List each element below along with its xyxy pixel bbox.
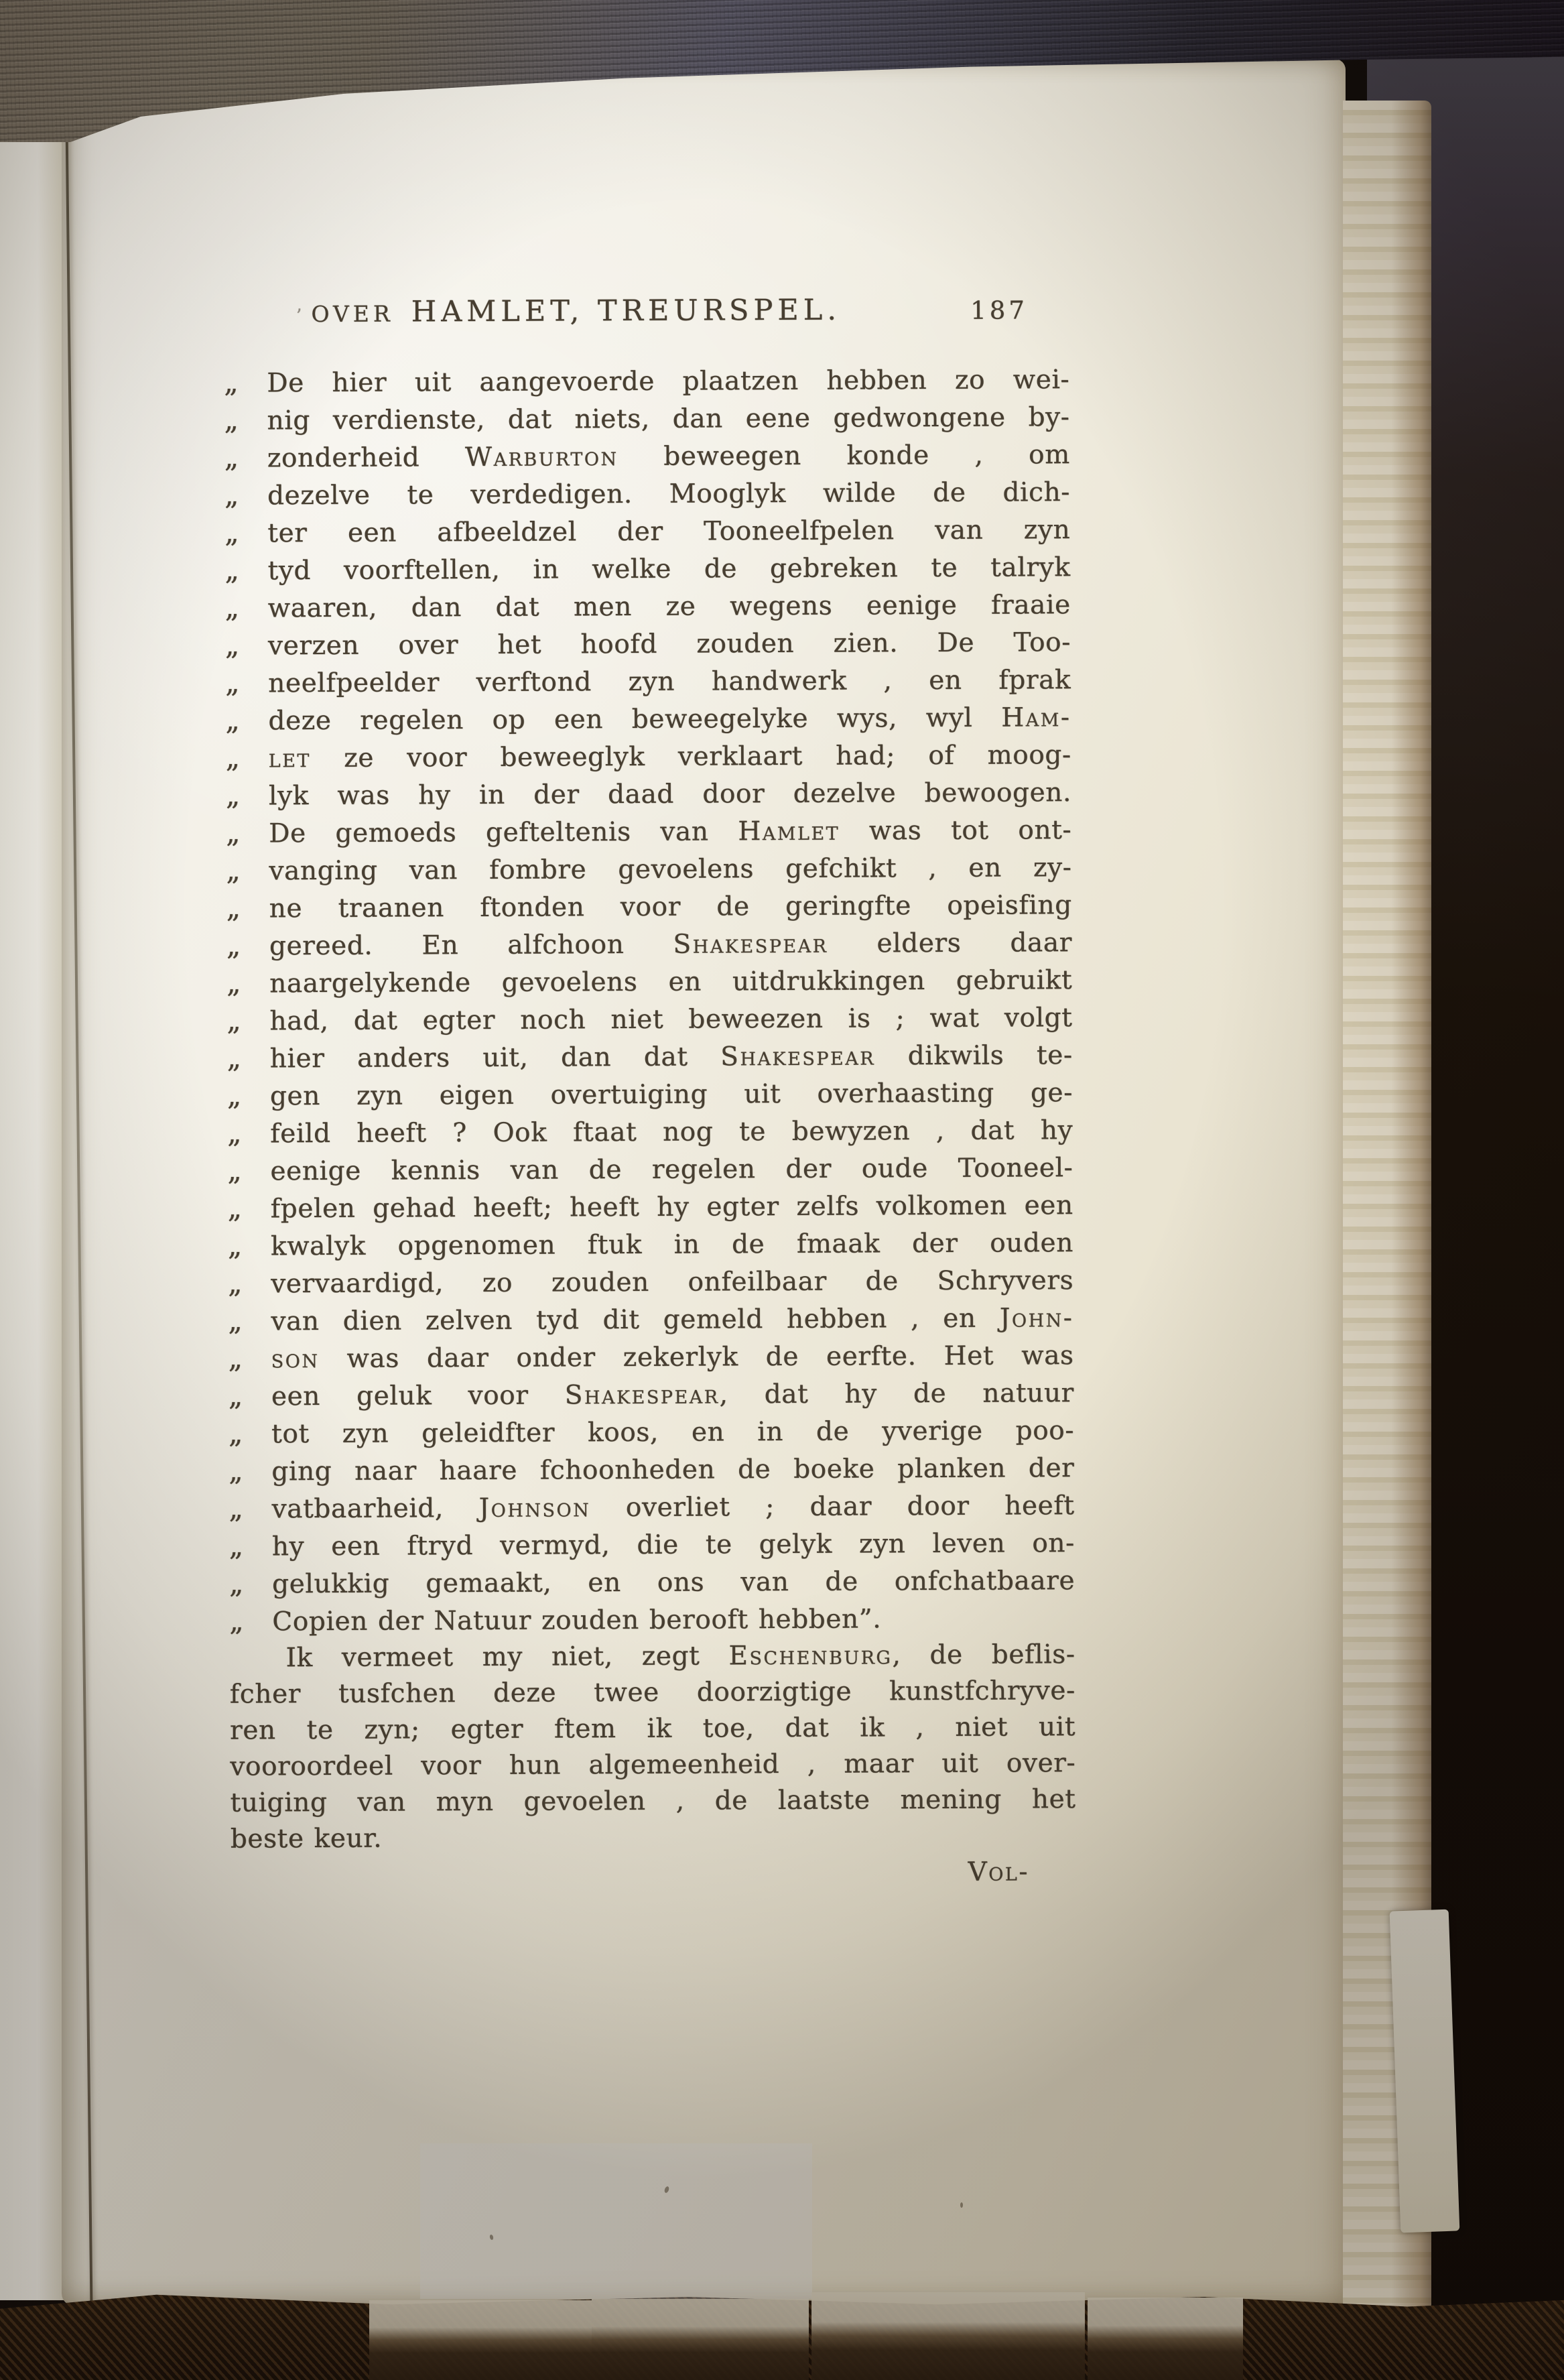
quote-mark: „ [227,1040,270,1076]
blur-patch-bottom-1 [369,2300,592,2380]
text-line: „nig verdienste, dat niets, dan eene ged… [224,398,1069,440]
text-line: „vatbaarheid, Johnson overliet ; daar do… [229,1487,1074,1528]
text-segment: beweegen konde , om [618,440,1069,472]
small-caps-name: Johnson [478,1493,590,1523]
quote-mark: „ [226,927,269,963]
quote-mark: „ [224,514,267,550]
text-segment: vervaardigd, zo zouden onfeilbaar de Sch… [271,1265,1073,1299]
printed-text-layer: ’ OVER HAMLET, TREURSPEL. 187 „De hier u… [0,0,1564,2380]
quote-mark: „ [225,702,268,738]
text-line: „hy een ftryd vermyd, die te gelyk zyn l… [229,1524,1075,1566]
text-segment: , de beflis- [892,1639,1075,1670]
blur-patch-bottom-3 [811,2292,1085,2380]
text-segment: vatbaarheid, [272,1493,479,1524]
small-caps-name: Eschenburg [728,1640,892,1671]
small-caps-name: John- [1000,1303,1074,1333]
text-line: „ne traanen ftonden voor de geringfte op… [226,886,1072,928]
text-line: „De gemoeds gefteltenis van Hamlet was t… [226,811,1071,853]
quote-mark: „ [226,814,269,851]
quote-mark: „ [229,1340,271,1376]
book-photo: { "header": { "mark": "’", "over": "OVER… [0,0,1564,2380]
text-line: ren te zyn; egter ftem ik toe, dat ik , … [230,1709,1076,1749]
text-line: „vanging van fombre gevoelens gefchikt ,… [226,849,1071,890]
text-line: Ik vermeet my niet, zegt Eschenburg, de … [229,1637,1075,1677]
text-segment: ne traanen ftonden voor de geringfte ope… [269,890,1072,924]
text-segment: ter een afbeeldzel der Tooneelfpelen van… [267,515,1070,548]
quote-mark: „ [227,1115,270,1151]
text-line: „gelukkig gemaakt, en ons van de onfchat… [229,1562,1075,1603]
text-segment: fpelen gehad heeft; heeft hy egter zelfs… [271,1190,1073,1224]
text-segment: overliet ; daar door heeft [590,1491,1075,1523]
stray-pen-mark: ’ [296,306,302,326]
blur-patch-bottom-2 [592,2299,809,2380]
quote-mark: „ [226,777,269,813]
quote-mark: „ [227,1077,270,1113]
ink-speck [960,2202,963,2208]
quote-mark: „ [228,1227,271,1263]
quote-mark: „ [226,964,269,1001]
text-segment: hy een ftryd vermyd, die te gelyk zyn le… [272,1528,1075,1562]
text-segment: vanging van fombre gevoelens gefchikt , … [269,853,1071,886]
text-line: „gereed. En alfchoon Shakespear elders d… [226,924,1072,965]
text-segment: elders daar [828,928,1072,959]
text-segment: beste keur. [231,1824,383,1855]
quote-mark: „ [228,1265,271,1301]
text-segment: tuiging van myn gevoelen , de laatste me… [230,1784,1076,1818]
text-segment: naargelykende gevoelens en uitdrukkingen… [269,965,1072,999]
text-line: „had, dat egter noch niet beweezen is ; … [226,999,1072,1040]
text-line: „ging naar haare fchoonheden de boeke pl… [229,1449,1074,1491]
text-line: tuiging van myn gevoelen , de laatste me… [230,1781,1076,1822]
small-caps-name: son [271,1344,320,1374]
text-line: „tyd voorftellen, in welke de gebreken t… [224,548,1070,590]
text-line: „son was daar onder zekerlyk de eerfte. … [229,1336,1074,1378]
quote-mark: „ [224,439,267,475]
blur-patch-bottom-4 [1088,2298,1243,2380]
text-segment: ze voor beweeglyk verklaart had; of moog… [311,740,1071,773]
text-segment: nig verdienste, dat niets, dan eene gedw… [267,402,1069,436]
running-head-title: HAMLET, TREURSPEL. [411,294,842,329]
text-line: „deze regelen op een beweegelyke wys, wy… [225,698,1071,740]
running-head-over: OVER [311,301,393,328]
text-segment: was tot ont- [840,815,1071,847]
text-segment: ging naar haare fchoonheden de boeke pla… [271,1453,1074,1487]
text-segment: dezelve te verdedigen. Mooglyk wilde de … [267,477,1070,511]
quote-mark: „ [224,552,267,588]
small-caps-name: Ham- [1001,702,1071,733]
text-line: vooroordeel voor hun algemeenheid , maar… [230,1745,1076,1786]
text-line: „gen zyn eigen overtuiging uit overhaast… [227,1074,1073,1115]
text-segment: , dat hy de natuur [719,1378,1074,1410]
text-line: „fpelen gehad heeft; heeft hy egter zelf… [228,1186,1073,1228]
text-line: „neelfpeelder verftond zyn handwerk , en… [225,661,1071,702]
text-segment: kwalyk opgenomen ftuk in de fmaak der ou… [271,1228,1073,1261]
quote-mark: „ [229,1415,271,1451]
small-caps-name: Hamlet [738,816,840,847]
text-segment: Copien der Natuur zouden berooft hebben”… [272,1604,881,1637]
text-line: „ter een afbeeldzel der Tooneelfpelen va… [224,511,1070,552]
text-line: „waaren, dan dat men ze wegens eenige fr… [225,586,1071,627]
quote-mark: „ [226,889,269,926]
quote-mark: „ [226,739,269,775]
text-segment: deze regelen op een beweegelyke wys, wyl [268,703,1001,737]
text-line: „naargelykende gevoelens en uitdrukkinge… [226,961,1072,1003]
text-segment: gelukkig gemaakt, en ons van de onfchatb… [272,1566,1075,1599]
text-segment: dikwils te- [875,1040,1073,1071]
quote-mark: „ [225,627,268,663]
text-segment: fcher tusfchen deze twee doorzigtige kun… [230,1676,1076,1710]
text-segment: eenige kennis van de regelen der oude To… [270,1153,1073,1186]
text-line: „kwalyk opgenomen ftuk in de fmaak der o… [228,1224,1073,1265]
quote-mark: „ [225,664,268,700]
text-line: beste keur. [231,1818,1076,1858]
text-line: „feild heeft ? Ook ftaat nog te bewyzen … [227,1111,1073,1153]
small-caps-name: Vol- [968,1857,1029,1887]
text-segment: vooroordeel voor hun algemeenheid , maar… [230,1748,1076,1782]
text-segment: neelfpeelder verftond zyn handwerk , en … [268,665,1071,698]
text-line: „tot zyn geleidfter koos, en in de yveri… [229,1412,1074,1453]
quote-mark: „ [227,1152,270,1188]
text-line: „De hier uit aangevoerde plaatzen hebben… [224,361,1069,402]
quote-mark: „ [228,1190,271,1226]
quote-mark: „ [229,1565,272,1601]
quote-mark: „ [229,1603,272,1639]
text-segment: zonderheid [267,442,465,473]
text-segment: tyd voorftellen, in welke de gebreken te… [267,552,1070,586]
blur-patch-large [420,2143,812,2299]
quote-mark: „ [228,1302,271,1338]
text-line: „een geluk voor Shakespear, dat hy de na… [229,1374,1074,1416]
text-line: „verzen over het hoofd zouden zien. De T… [225,623,1071,665]
text-line: „Copien der Natuur zouden berooft hebben… [229,1599,1075,1641]
text-line: „let ze voor beweeglyk verklaart had; of… [226,736,1071,777]
small-caps-name: let [269,743,311,773]
quote-mark: „ [224,401,267,438]
text-line: „hier anders uit, dan dat Shakespear dik… [227,1036,1073,1078]
quote-mark: „ [226,852,269,888]
text-line: „eenige kennis van de regelen der oude T… [227,1149,1073,1190]
text-line: „vervaardigd, zo zouden onfeilbaar de Sc… [228,1261,1073,1303]
text-segment: waaren, dan dat men ze wegens eenige fra… [268,590,1071,623]
small-caps-name: Shakespear [720,1041,875,1072]
text-line: „lyk was hy in der daad door dezelve bew… [226,773,1071,815]
small-caps-name: Warburton [465,442,618,473]
text-segment: van dien zelven tyd dit gemeld hebben , … [271,1304,1000,1337]
text-segment: gen zyn eigen overtuiging uit overhaasti… [270,1078,1073,1111]
small-caps-name: Shakespear [673,929,828,960]
running-head: ’ OVER HAMLET, TREURSPEL. 187 [224,292,1031,329]
page-number: 187 [970,296,1031,324]
small-caps-name: Shakespear [565,1379,720,1410]
text-line: fcher tusfchen deze twee doorzigtige kun… [230,1673,1076,1713]
text-segment: lyk was hy in der daad door dezelve bewo… [269,777,1071,811]
text-segment: hier anders uit, dan dat [270,1042,721,1074]
text-line: „dezelve te verdedigen. Mooglyk wilde de… [224,473,1070,515]
text-segment: Ik vermeet my niet, zegt [285,1641,728,1673]
catchword: Vol- [231,1854,1076,1894]
quote-mark: „ [229,1377,271,1414]
text-segment: De hier uit aangevoerde plaatzen hebben … [267,365,1069,398]
text-segment: tot zyn geleidfter koos, en in de yverig… [271,1416,1074,1449]
text-line: „van dien zelven tyd dit gemeld hebben ,… [228,1299,1073,1340]
body-lines: „De hier uit aangevoerde plaatzen hebben… [224,361,1076,1893]
text-segment: had, dat egter noch niet beweezen is ; w… [269,1003,1072,1036]
text-segment: was daar onder zekerlyk de eerfte. Het w… [319,1340,1073,1374]
text-segment: ren te zyn; egter ftem ik toe, dat ik , … [230,1712,1076,1746]
quote-mark: „ [224,364,267,400]
quote-mark: „ [229,1452,271,1489]
quote-mark: „ [229,1527,272,1564]
text-segment: gereed. En alfchoon [269,930,673,962]
quote-mark: „ [226,1002,269,1038]
text-segment: feild heeft ? Ook ftaat nog te bewyzen ,… [270,1115,1073,1149]
ink-speck [367,1024,371,1028]
quote-mark: „ [225,589,268,625]
quote-mark: „ [224,477,267,513]
text-line: „zonderheid Warburton beweegen konde , o… [224,436,1070,477]
text-segment: verzen over het hoofd zouden zien. De To… [268,627,1071,661]
text-segment: De gemoeds gefteltenis van [269,816,738,849]
text-segment: een geluk voor [271,1380,565,1412]
quote-mark: „ [229,1490,271,1526]
